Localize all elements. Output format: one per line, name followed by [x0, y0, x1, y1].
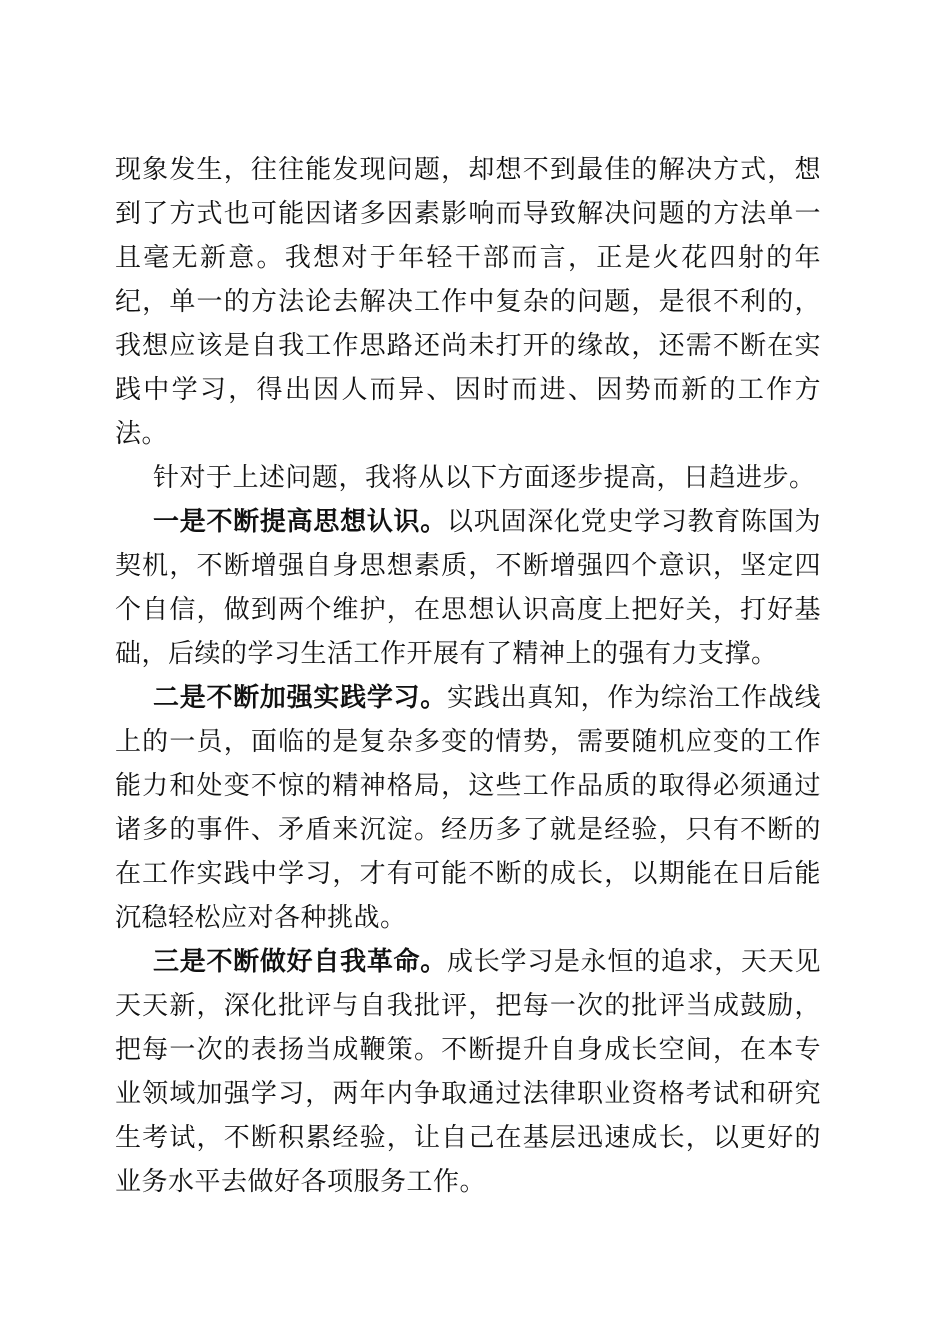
- document-body: 现象发生，往往能发现问题，却想不到最佳的解决方式，想到了方式也可能因诸多因素影响…: [115, 148, 821, 1204]
- paragraph-text: 成长学习是永恒的追求，天天见天天新，深化批评与自我批评，把每一次的批评当成鼓励，…: [115, 947, 821, 1197]
- document-page: 现象发生，往往能发现问题，却想不到最佳的解决方式，想到了方式也可能因诸多因素影响…: [0, 0, 950, 1344]
- paragraph-lead-bold: 三是不断做好自我革命。: [153, 947, 447, 977]
- paragraph-transition: 针对于上述问题，我将从以下方面逐步提高，日趋进步。: [115, 456, 821, 500]
- paragraph-point-two: 二是不断加强实践学习。实践出真知，作为综治工作战线上的一员，面临的是复杂多变的情…: [115, 676, 821, 940]
- paragraph-point-three: 三是不断做好自我革命。成长学习是永恒的追求，天天见天天新，深化批评与自我批评，把…: [115, 940, 821, 1204]
- paragraph-text: 针对于上述问题，我将从以下方面逐步提高，日趋进步。: [153, 463, 816, 493]
- paragraph-text: 实践出真知，作为综治工作战线上的一员，面临的是复杂多变的情势，需要随机应变的工作…: [115, 683, 821, 933]
- paragraph-lead-bold: 二是不断加强实践学习。: [153, 683, 447, 713]
- paragraph-text: 现象发生，往往能发现问题，却想不到最佳的解决方式，想到了方式也可能因诸多因素影响…: [115, 155, 821, 449]
- paragraph-point-one: 一是不断提高思想认识。以巩固深化党史学习教育陈国为契机，不断增强自身思想素质，不…: [115, 500, 821, 676]
- paragraph-lead-bold: 一是不断提高思想认识。: [153, 507, 447, 537]
- paragraph-continuation: 现象发生，往往能发现问题，却想不到最佳的解决方式，想到了方式也可能因诸多因素影响…: [115, 148, 821, 456]
